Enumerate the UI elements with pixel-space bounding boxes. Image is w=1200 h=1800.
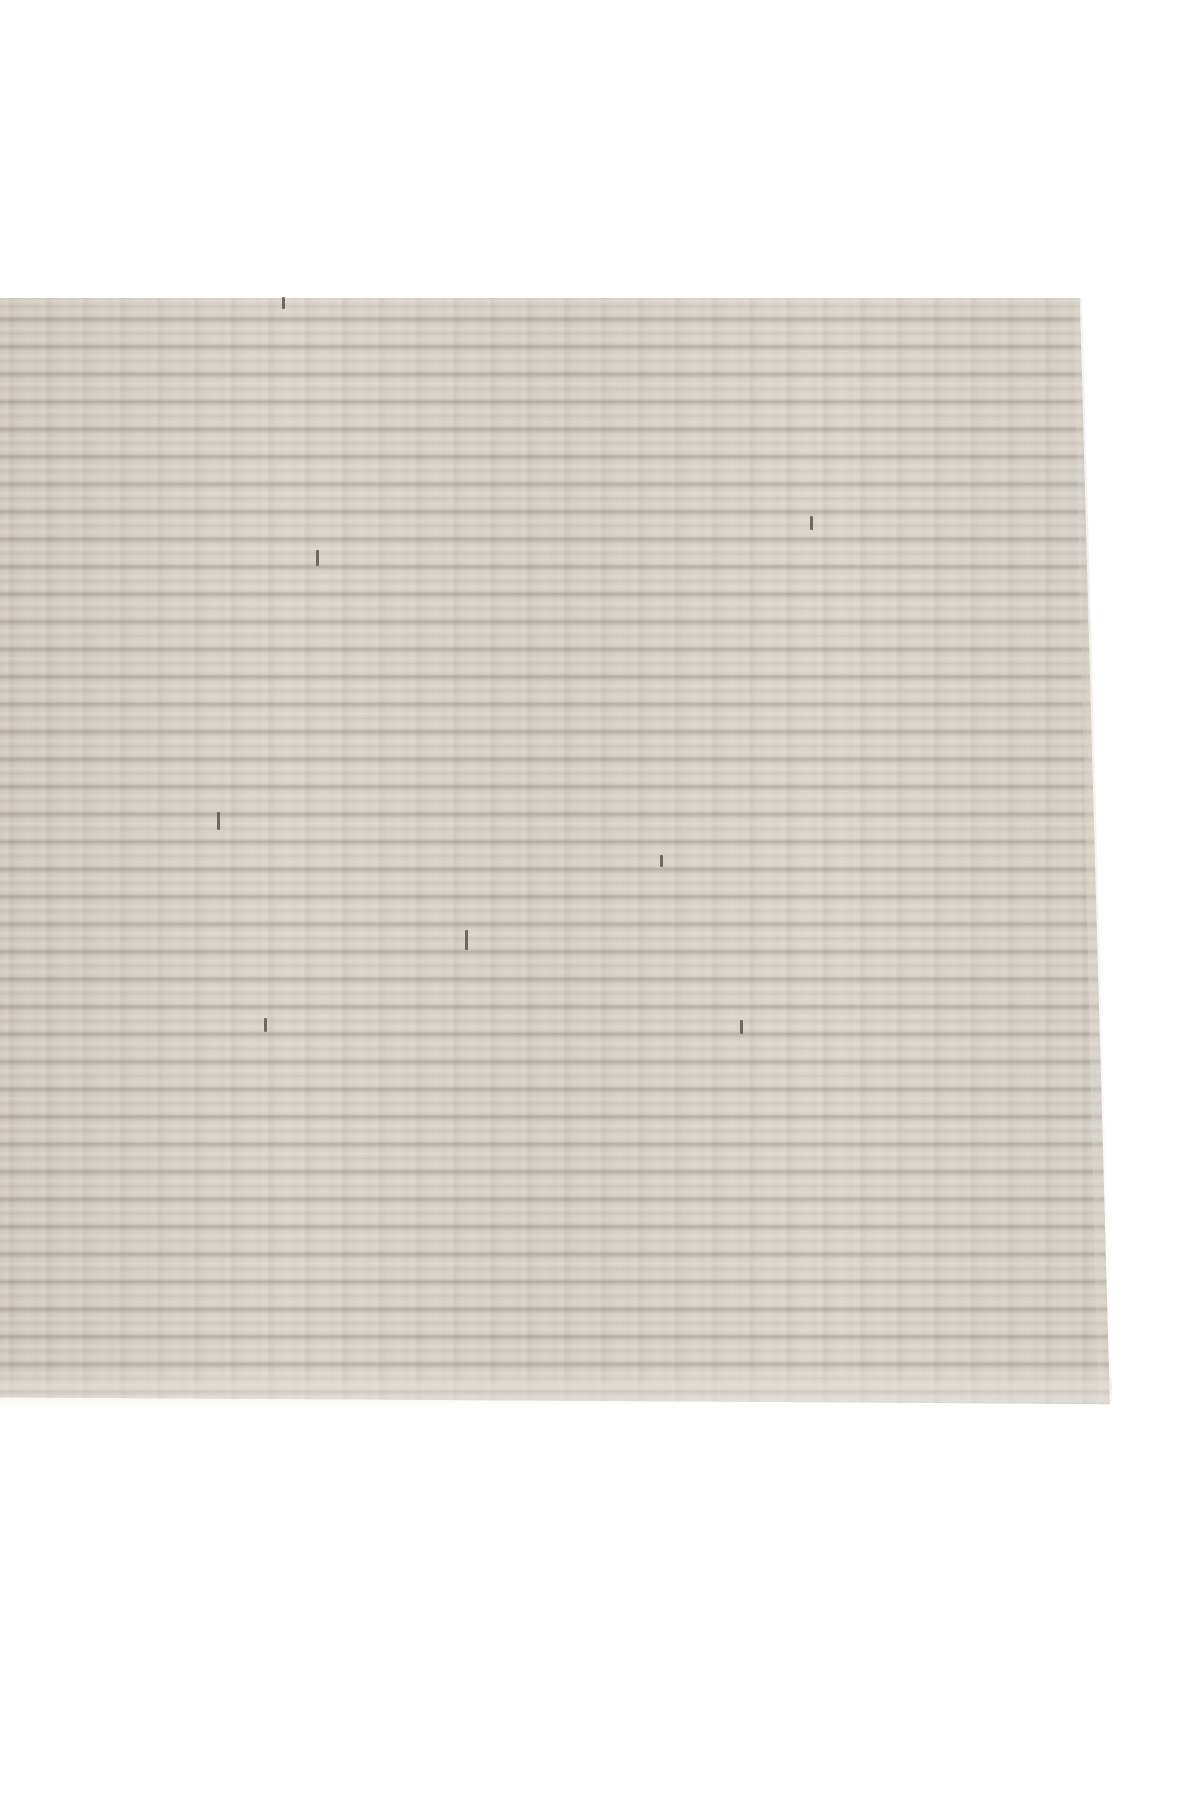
photo-stage — [0, 0, 1200, 1800]
rug-fleck — [316, 550, 319, 566]
rug-fleck — [810, 516, 813, 530]
rug-fleck — [217, 812, 220, 830]
rug-fleck — [264, 1018, 267, 1032]
rug-fleck — [465, 930, 468, 950]
rug-fleck — [740, 1020, 743, 1034]
rug-fleck — [282, 297, 285, 309]
rug-corner — [0, 298, 1112, 1404]
rug-fleck — [660, 855, 663, 867]
